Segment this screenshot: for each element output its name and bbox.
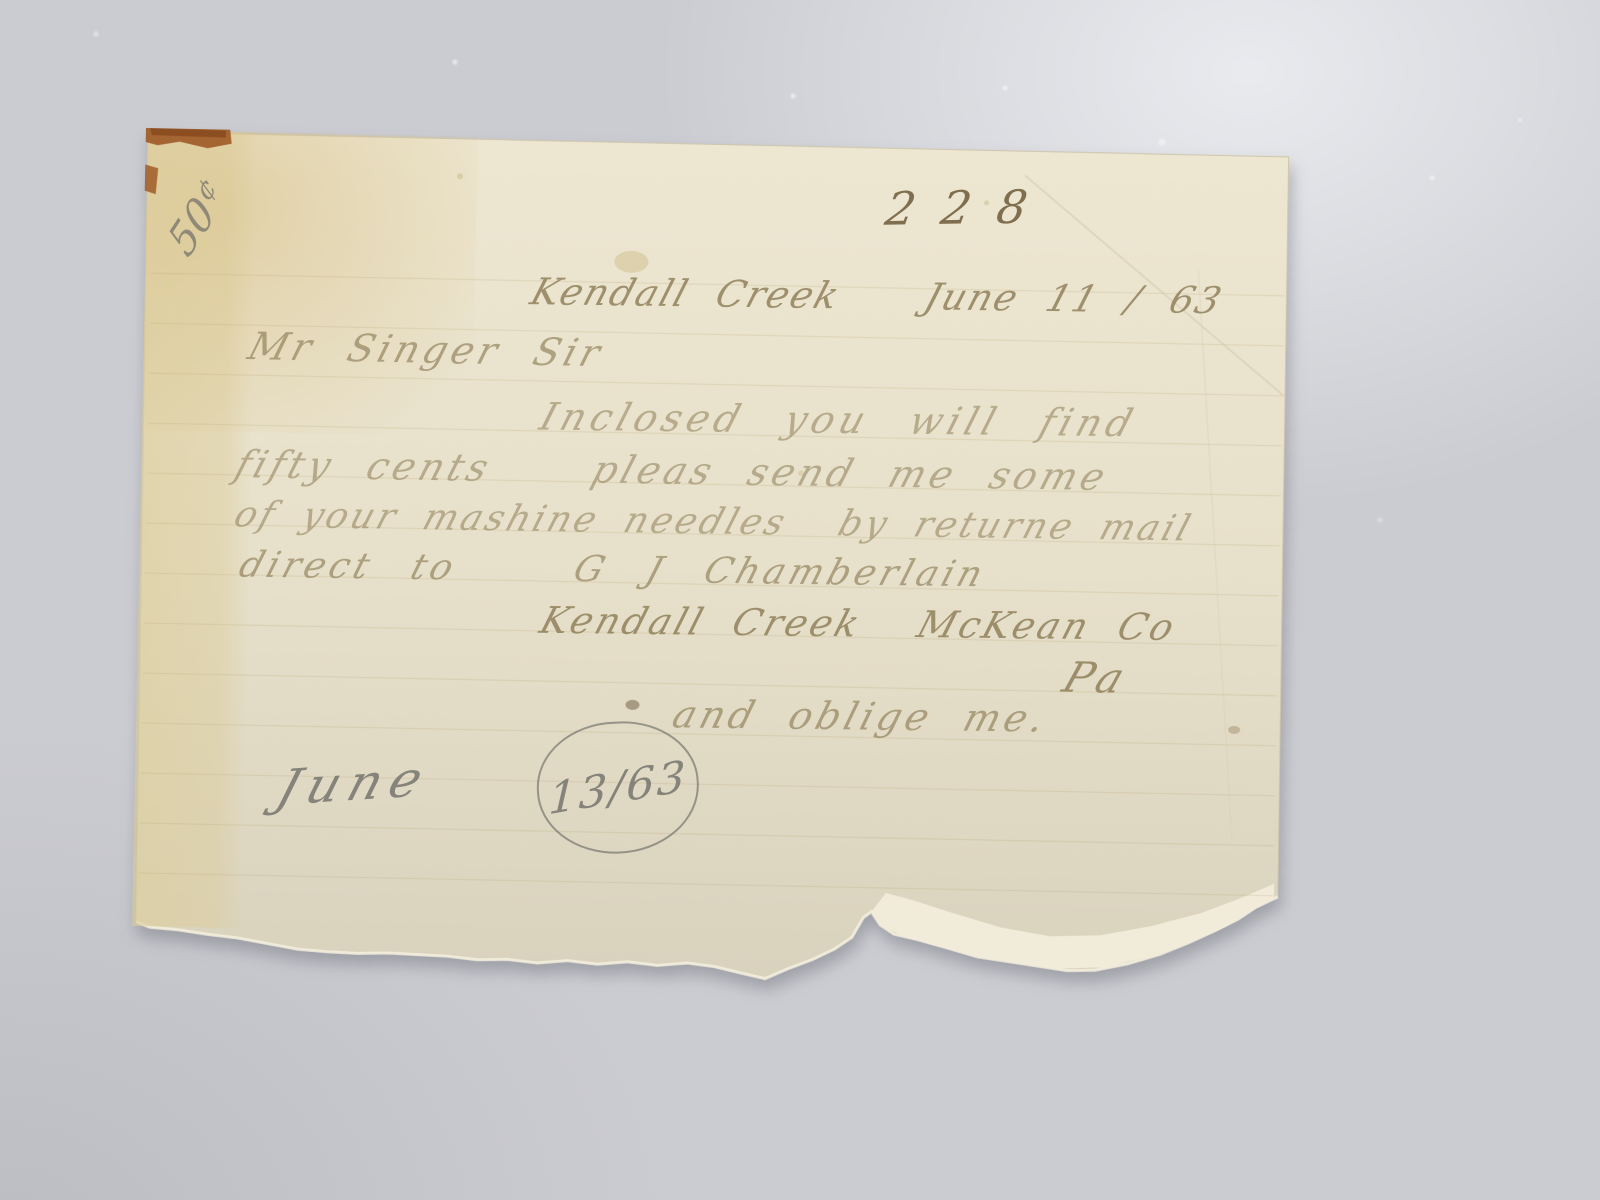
page-number-annotation: 228 <box>882 179 1058 235</box>
letter-line-closing: and oblige me. <box>668 692 1054 740</box>
letter-paper: 50¢ 228 Kendall Creek June 11 / 63 Mr Si… <box>129 128 1298 1019</box>
aged-corner <box>142 130 478 437</box>
pencil-date-word: June <box>270 750 437 817</box>
letter-line-dateline: Kendall Creek June 11 / 63 <box>526 270 1229 322</box>
letter-line-body-1: Inclosed you will find <box>535 395 1143 446</box>
photo-background: 50¢ 228 Kendall Creek June 11 / 63 Mr Si… <box>0 0 1600 1200</box>
circled-date: 13/63 <box>535 719 701 856</box>
letter-line-salutation: Mr Singer Sir <box>243 324 609 375</box>
letter-line-address: Kendall Creek McKean Co <box>535 599 1182 649</box>
